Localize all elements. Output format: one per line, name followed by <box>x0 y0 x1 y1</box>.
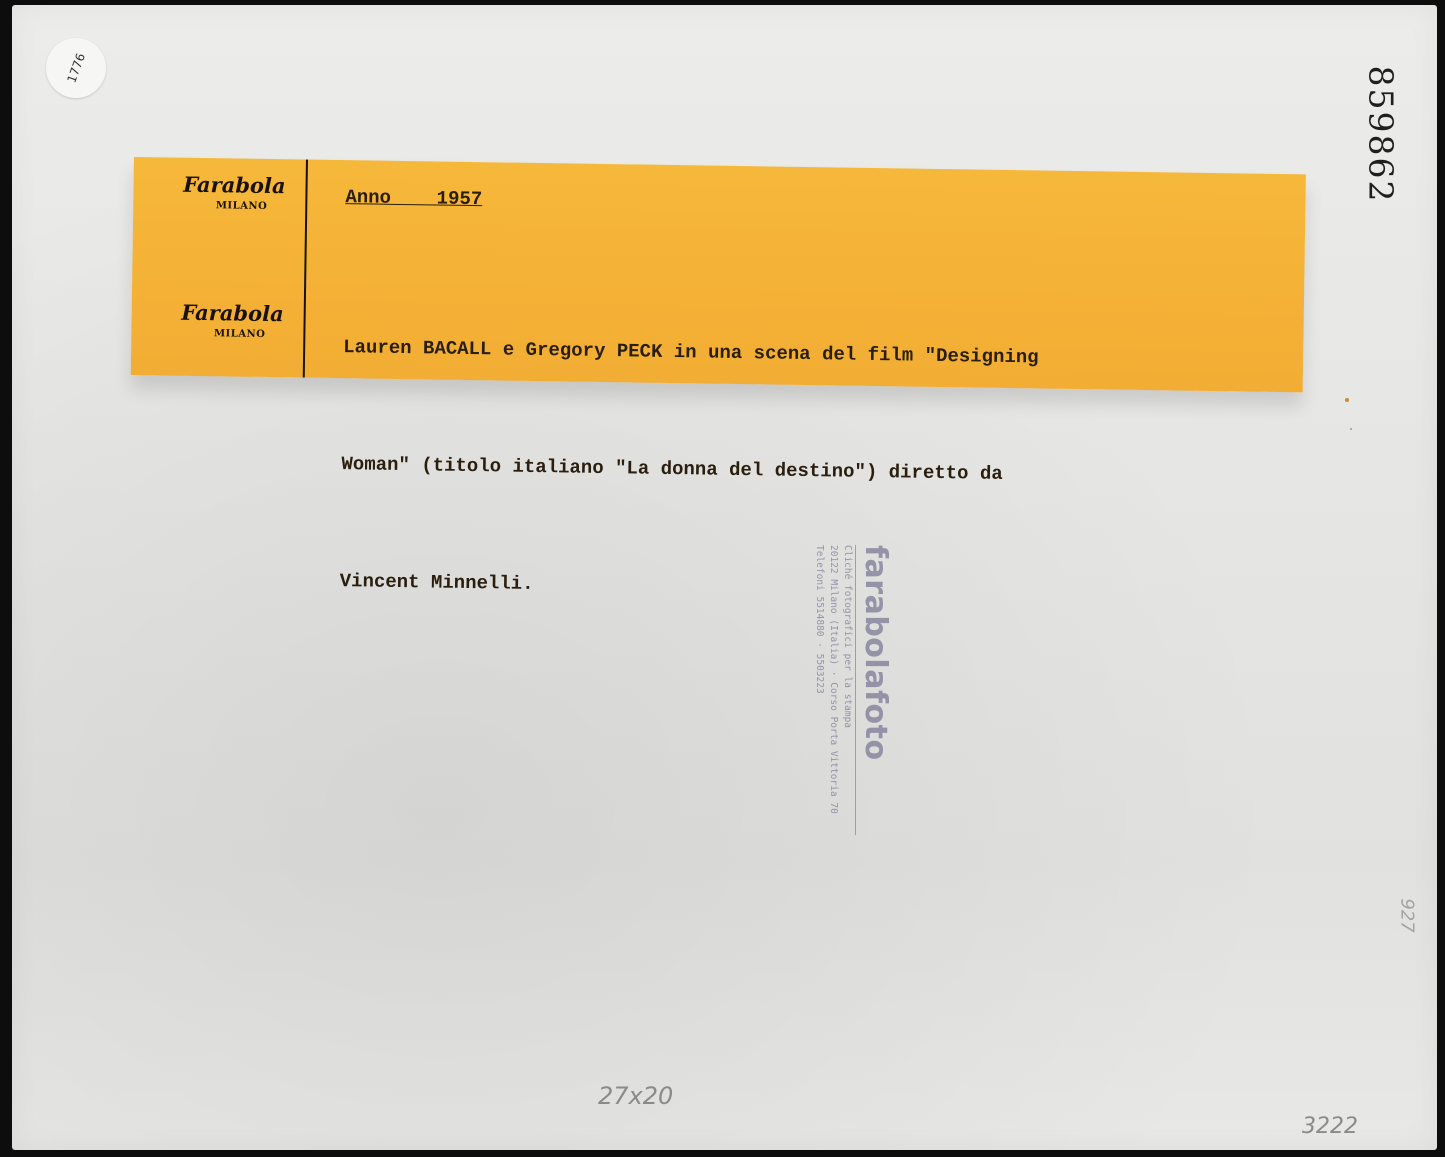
brand-column: Farabola MILANO Farabola MILANO <box>131 157 308 378</box>
brand-city: MILANO <box>131 327 301 341</box>
agency-stamp: farabolafoto Cliché fotografici per la s… <box>793 545 893 835</box>
brand-name: Farabola <box>133 171 303 199</box>
brand-top: Farabola MILANO <box>133 171 304 213</box>
stamp-line: Cliché fotografici per la stampa <box>841 545 854 835</box>
year-label: Anno <box>345 186 391 209</box>
caption-line: Woman" (titolo italiano "La donna del de… <box>341 445 1281 498</box>
brand-name: Farabola <box>132 299 302 327</box>
year-value: 1957 <box>436 187 482 210</box>
brand-city: MILANO <box>133 199 303 213</box>
paper-speck <box>1345 398 1349 402</box>
year-line: Anno 1957 <box>345 186 1285 222</box>
caption-line: Lauren BACALL e Gregory PECK in una scen… <box>343 328 1283 381</box>
pencil-note-edge: 927 <box>1397 898 1418 932</box>
caption-label: Farabola MILANO Farabola MILANO Anno 195… <box>131 157 1306 392</box>
paper-speck <box>1350 428 1352 430</box>
pencil-note-code: 3222 <box>1302 1114 1358 1139</box>
pencil-note-size: 27x20 <box>598 1082 673 1110</box>
stamp-line: 20122 Milano (Italia) · Corso Porta Vitt… <box>827 545 840 835</box>
sticker-number: 1776 <box>64 51 88 84</box>
stamp-line: Telefoni 5514880 · 5503223 <box>813 545 826 835</box>
inventory-sticker: 1776 <box>46 38 106 98</box>
brand-bottom: Farabola MILANO <box>131 299 302 341</box>
stamp-name: farabolafoto <box>855 545 893 835</box>
serial-number: 859862 <box>1361 66 1400 204</box>
